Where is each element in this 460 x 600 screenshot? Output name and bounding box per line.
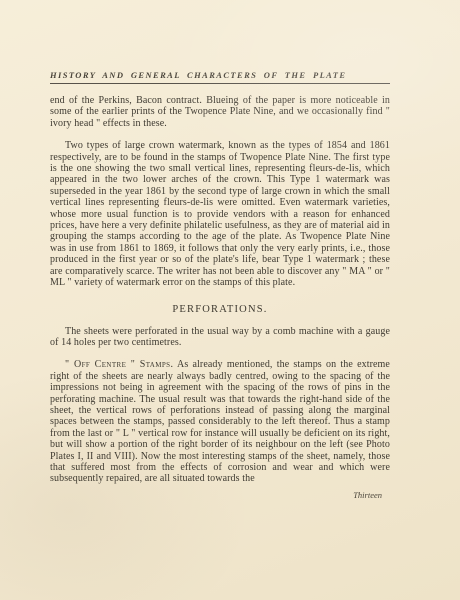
- text-block: end of the Perkins, Bacon contract. Blue…: [50, 84, 390, 500]
- running-header-title: HISTORY AND GENERAL CHARACTERS OF THE PL…: [50, 70, 390, 80]
- paragraph-body-off-centre: As already mentioned, the stamps on the …: [50, 359, 390, 484]
- paragraph-lead-off-centre: " Off Centre " Stamps.: [65, 359, 173, 370]
- page-number-folio: Thirteen: [50, 490, 390, 500]
- paragraph-off-centre-stamps: " Off Centre " Stamps. As already mentio…: [50, 359, 390, 484]
- paragraph-perforation-gauge: The sheets were perforated in the usual …: [50, 326, 390, 349]
- paragraph-watermark-types: Two types of large crown watermark, know…: [50, 140, 390, 288]
- running-head: HISTORY AND GENERAL CHARACTERS OF THE PL…: [50, 70, 390, 84]
- book-page: HISTORY AND GENERAL CHARACTERS OF THE PL…: [0, 0, 460, 600]
- section-heading-perforations: PERFORATIONS.: [50, 304, 390, 315]
- paragraph-contract-blueing: end of the Perkins, Bacon contract. Blue…: [50, 95, 390, 129]
